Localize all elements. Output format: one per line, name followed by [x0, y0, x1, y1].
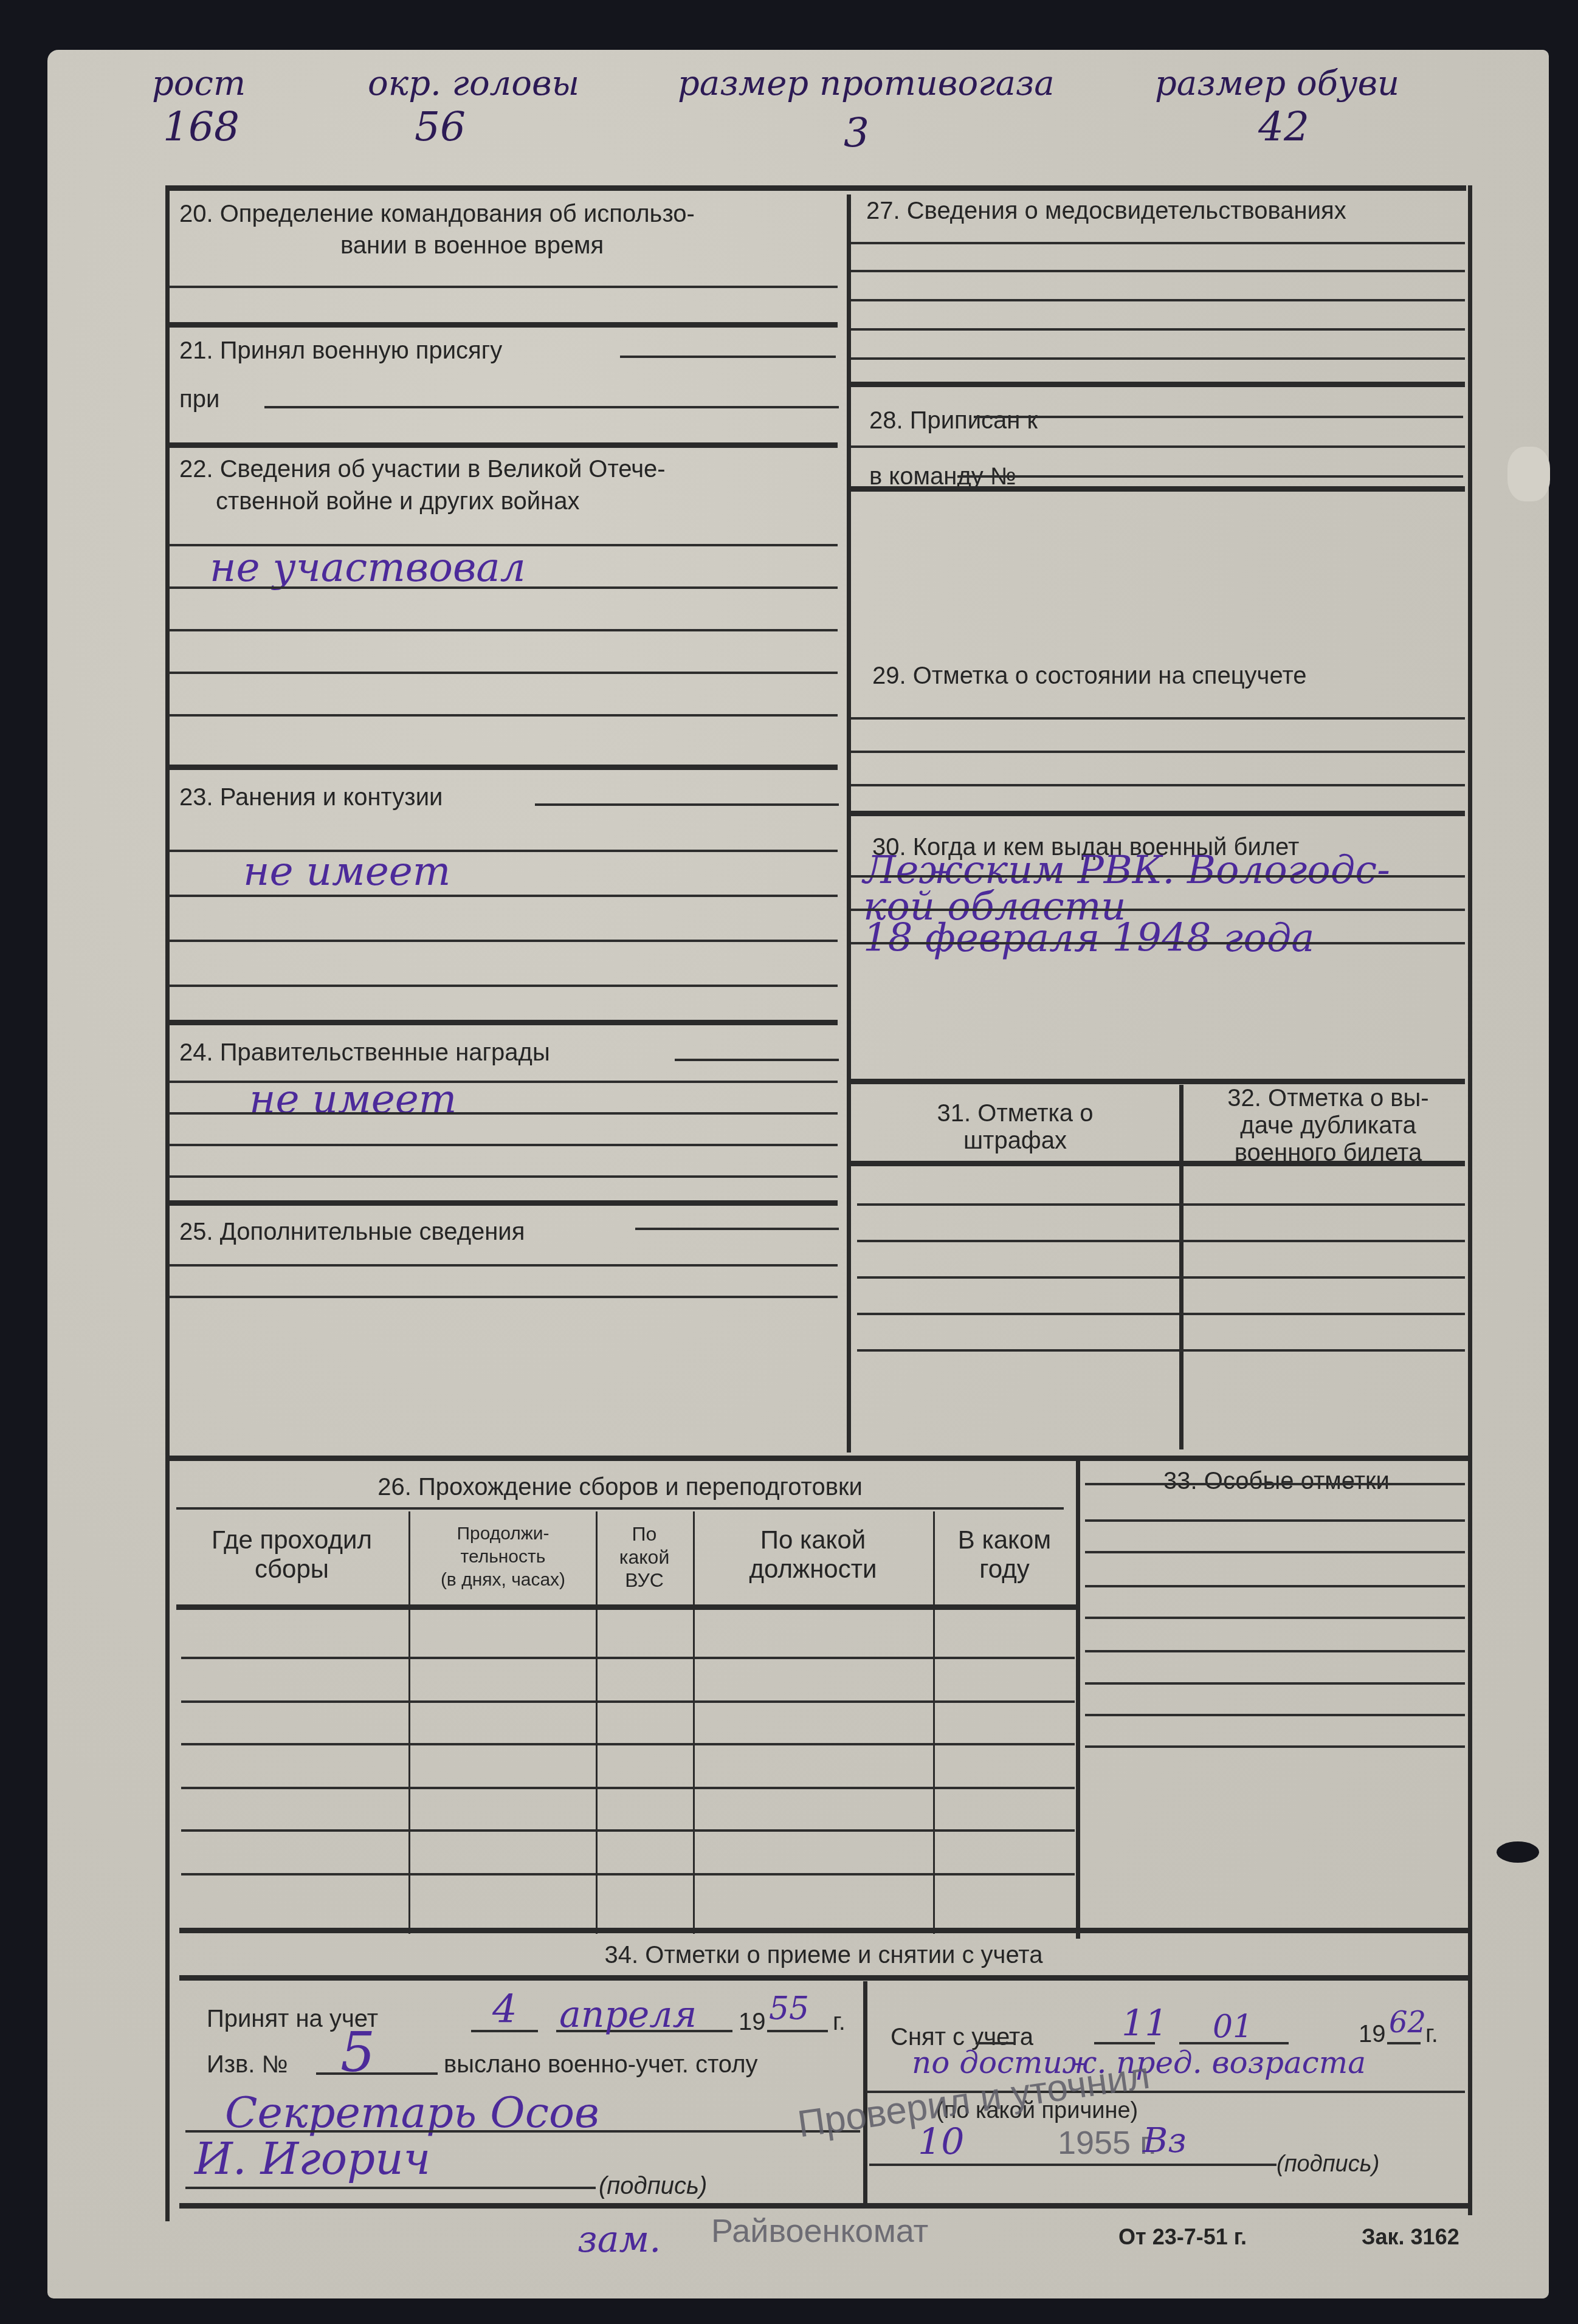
line: [1085, 1745, 1465, 1748]
line: [169, 1112, 838, 1115]
line: [851, 445, 1465, 448]
line: [851, 357, 1465, 360]
section-33-title: 33. Особые отметки: [1088, 1468, 1465, 1495]
col-header-where-1: Где проходил: [212, 1525, 372, 1554]
checked-day: 10: [918, 2121, 964, 2164]
height-label: рост: [152, 64, 246, 103]
col-header-vus-1: По: [632, 1523, 657, 1545]
col-header-year-2: году: [979, 1555, 1029, 1583]
section-23-value: не имеет: [243, 848, 450, 895]
table-row-line: [181, 1700, 1075, 1703]
torn-edge: [1507, 447, 1550, 501]
col-divider: [596, 1511, 598, 1934]
section-32-title-line2: даче дубликата: [1240, 1112, 1416, 1139]
oath-field[interactable]: [264, 406, 839, 408]
line: [169, 714, 838, 717]
divider: [169, 1020, 838, 1025]
line: [851, 242, 1465, 244]
frame-right: [1468, 185, 1472, 2215]
divider: [851, 1079, 1465, 1084]
line: [857, 1313, 1465, 1315]
col-header-where: Где проходилсборы: [179, 1525, 404, 1584]
section-30-value-3: 18 февраля 1948 года: [863, 916, 1314, 961]
section-31-title-line1: 31. Отметка о: [937, 1100, 1094, 1127]
line: [169, 985, 838, 987]
shoe-size-label: размер обуви: [1155, 64, 1399, 103]
col-header-position-2: должности: [749, 1555, 877, 1583]
notice-value: 5: [340, 2021, 375, 2085]
accepted-year-prefix: 19: [739, 2009, 766, 2036]
col-header-vus-2: какой: [619, 1546, 670, 1568]
frame-top: [165, 185, 1466, 191]
divider: [851, 811, 1465, 816]
removed-month: 01: [1213, 2009, 1253, 2045]
removed-year-prefix: 19: [1359, 2021, 1386, 2048]
team-number-field[interactable]: [957, 475, 1463, 478]
section-23-title: 23. Ранения и контузии: [179, 784, 443, 811]
line: [857, 1349, 1465, 1352]
line: [851, 942, 1465, 944]
column-divider: [847, 194, 851, 1452]
office-prefix: зам.: [577, 2218, 661, 2261]
line: [185, 2130, 860, 2133]
section-22-title-cont: ственной войне и других войнах: [216, 488, 579, 515]
line: [169, 672, 838, 674]
line: [1085, 1483, 1465, 1485]
col-header-duration: Продолжи-тельность(в днях, часах): [413, 1522, 593, 1592]
line: [1085, 1519, 1465, 1522]
accepted-year: 55: [769, 1990, 809, 2027]
table-row-line: [181, 1657, 1075, 1659]
notice-tail: выслано военно-учет. столу: [444, 2051, 758, 2078]
line: [857, 1203, 1465, 1206]
col-divider: [693, 1511, 695, 1934]
col-header-position: По какойдолжности: [696, 1525, 930, 1584]
signature: И. Игорич: [195, 2133, 430, 2184]
sign-label-left: (подпись): [599, 2173, 707, 2200]
line: [851, 717, 1465, 720]
field-line: [620, 356, 836, 358]
col-divider: [933, 1511, 935, 1934]
col-header-vus-3: ВУС: [625, 1569, 664, 1591]
section-24-value: не имеет: [249, 1076, 457, 1122]
signature-line: [869, 2164, 1277, 2166]
section-32-title-line1: 32. Отметка о вы-: [1227, 1085, 1428, 1112]
line: [169, 895, 838, 897]
shoe-size-value: 42: [1258, 103, 1309, 150]
line: [1085, 1617, 1465, 1619]
removed-year-suffix: г.: [1425, 2021, 1438, 2048]
col-divider: [408, 1511, 410, 1934]
field-line: [535, 803, 839, 806]
order-number: Зак. 3162: [1362, 2224, 1459, 2250]
section-29-title: 29. Отметка о состоянии на спецучете: [872, 662, 1307, 690]
line: [851, 875, 1465, 878]
divider: [169, 1456, 1470, 1461]
office-stamp: Райвоенкомат: [711, 2212, 928, 2250]
line: [169, 629, 838, 631]
head-size-value: 56: [415, 103, 466, 150]
line: [1085, 1650, 1465, 1652]
divider: [851, 486, 1465, 492]
assigned-to-field[interactable]: [974, 416, 1463, 418]
field-line: [976, 2042, 1015, 2044]
signature-line: [185, 2187, 596, 2189]
notice-label: Изв. №: [207, 2051, 288, 2078]
col-header-duration-3: (в днях, часах): [441, 1570, 565, 1590]
year-suffix: г.: [833, 2009, 846, 2036]
section-20-title: 20. Определение командования об использо…: [179, 201, 695, 228]
divider: [169, 765, 838, 770]
line: [169, 1144, 838, 1146]
col-header-vus: ПокакойВУС: [599, 1522, 690, 1592]
line: [176, 1507, 1064, 1510]
col-header-duration-2: тельность: [461, 1547, 546, 1567]
divider: [851, 382, 1465, 387]
divider: [851, 1161, 1465, 1166]
line: [169, 586, 838, 589]
col-header-year-1: В каком: [958, 1525, 1051, 1554]
accepted-day: 4: [492, 1987, 517, 2032]
sign-label-right: (подпись): [1277, 2151, 1379, 2178]
divider: [179, 1928, 1468, 1933]
line: [851, 751, 1465, 753]
head-size-label: окр. головы: [368, 64, 579, 103]
section-31-title: 31. Отметка оштрафах: [863, 1100, 1167, 1155]
section-27-title: 27. Сведения о медосвидетельствованиях: [866, 198, 1346, 225]
table-row-line: [181, 1743, 1075, 1745]
line: [1085, 1714, 1465, 1716]
line: [1085, 1682, 1465, 1685]
line: [169, 940, 838, 942]
line: [1085, 1585, 1465, 1587]
col-header-year: В какомгоду: [936, 1525, 1073, 1584]
line: [169, 1296, 838, 1298]
table-row-line: [181, 1787, 1075, 1789]
section-20-title-cont: вании в военное время: [340, 232, 604, 260]
divider: [169, 1200, 838, 1206]
removed-year: 62: [1389, 2006, 1426, 2040]
field-line: [675, 1059, 839, 1061]
line: [851, 784, 1465, 786]
field-line: [767, 2030, 828, 2032]
line: [851, 909, 1465, 911]
field-line: [1387, 2042, 1421, 2044]
column-divider-31-32: [1179, 1085, 1183, 1449]
checked-initials: Вз: [1143, 2121, 1187, 2161]
divider: [169, 322, 838, 328]
section-32-title: 32. Отметка о вы-даче дубликатавоенного …: [1188, 1085, 1468, 1167]
line: [857, 1240, 1465, 1242]
print-date: От 23-7-51 г.: [1118, 2224, 1247, 2250]
table-row-line: [181, 1873, 1075, 1875]
punch-hole: [1497, 1841, 1539, 1863]
line: [1085, 1551, 1465, 1553]
line: [851, 328, 1465, 331]
line: [851, 270, 1465, 272]
section-28-title: 28. Приписан к: [869, 407, 1038, 435]
divider: [179, 1975, 1468, 1981]
col-header-position-1: По какой: [760, 1525, 866, 1554]
gasmask-size-value: 3: [844, 109, 869, 156]
col-header-where-2: сборы: [255, 1555, 329, 1583]
line: [851, 299, 1465, 301]
section-25-title: 25. Дополнительные сведения: [179, 1219, 525, 1246]
column-divider-26-33: [1076, 1459, 1080, 1939]
section-31-title-line2: штрафах: [963, 1127, 1067, 1154]
field-line: [1094, 2042, 1155, 2044]
section-22-title: 22. Сведения об участии в Великой Отече-: [179, 456, 666, 483]
height-value: 168: [163, 103, 239, 150]
section-21-sub: при: [179, 386, 219, 413]
line: [169, 1264, 838, 1267]
divider: [176, 1604, 1076, 1610]
accepted-month: апреля: [559, 1993, 697, 2036]
section-26-title: 26. Прохождение сборов и переподготовки: [176, 1474, 1064, 1501]
checked-year: 1955 г.: [1058, 2124, 1157, 2162]
gasmask-size-label: размер противогаза: [678, 64, 1055, 103]
line: [857, 1276, 1465, 1279]
frame-bottom: [179, 2203, 1471, 2209]
table-row-line: [181, 1829, 1075, 1832]
field-line: [635, 1228, 839, 1230]
section-22-value: не участвовал: [210, 544, 526, 591]
divider: [169, 442, 838, 448]
section-21-title: 21. Принял военную присягу: [179, 337, 502, 365]
line: [169, 286, 838, 288]
field-line: [1179, 2042, 1289, 2044]
line: [169, 1175, 838, 1178]
field-line: [316, 2072, 438, 2075]
section-24-title: 24. Правительственные награды: [179, 1039, 550, 1067]
section-34-title: 34. Отметки о приеме и снятии с учета: [179, 1942, 1468, 1969]
col-header-duration-1: Продолжи-: [457, 1524, 549, 1544]
removed-day: 11: [1121, 2003, 1168, 2045]
